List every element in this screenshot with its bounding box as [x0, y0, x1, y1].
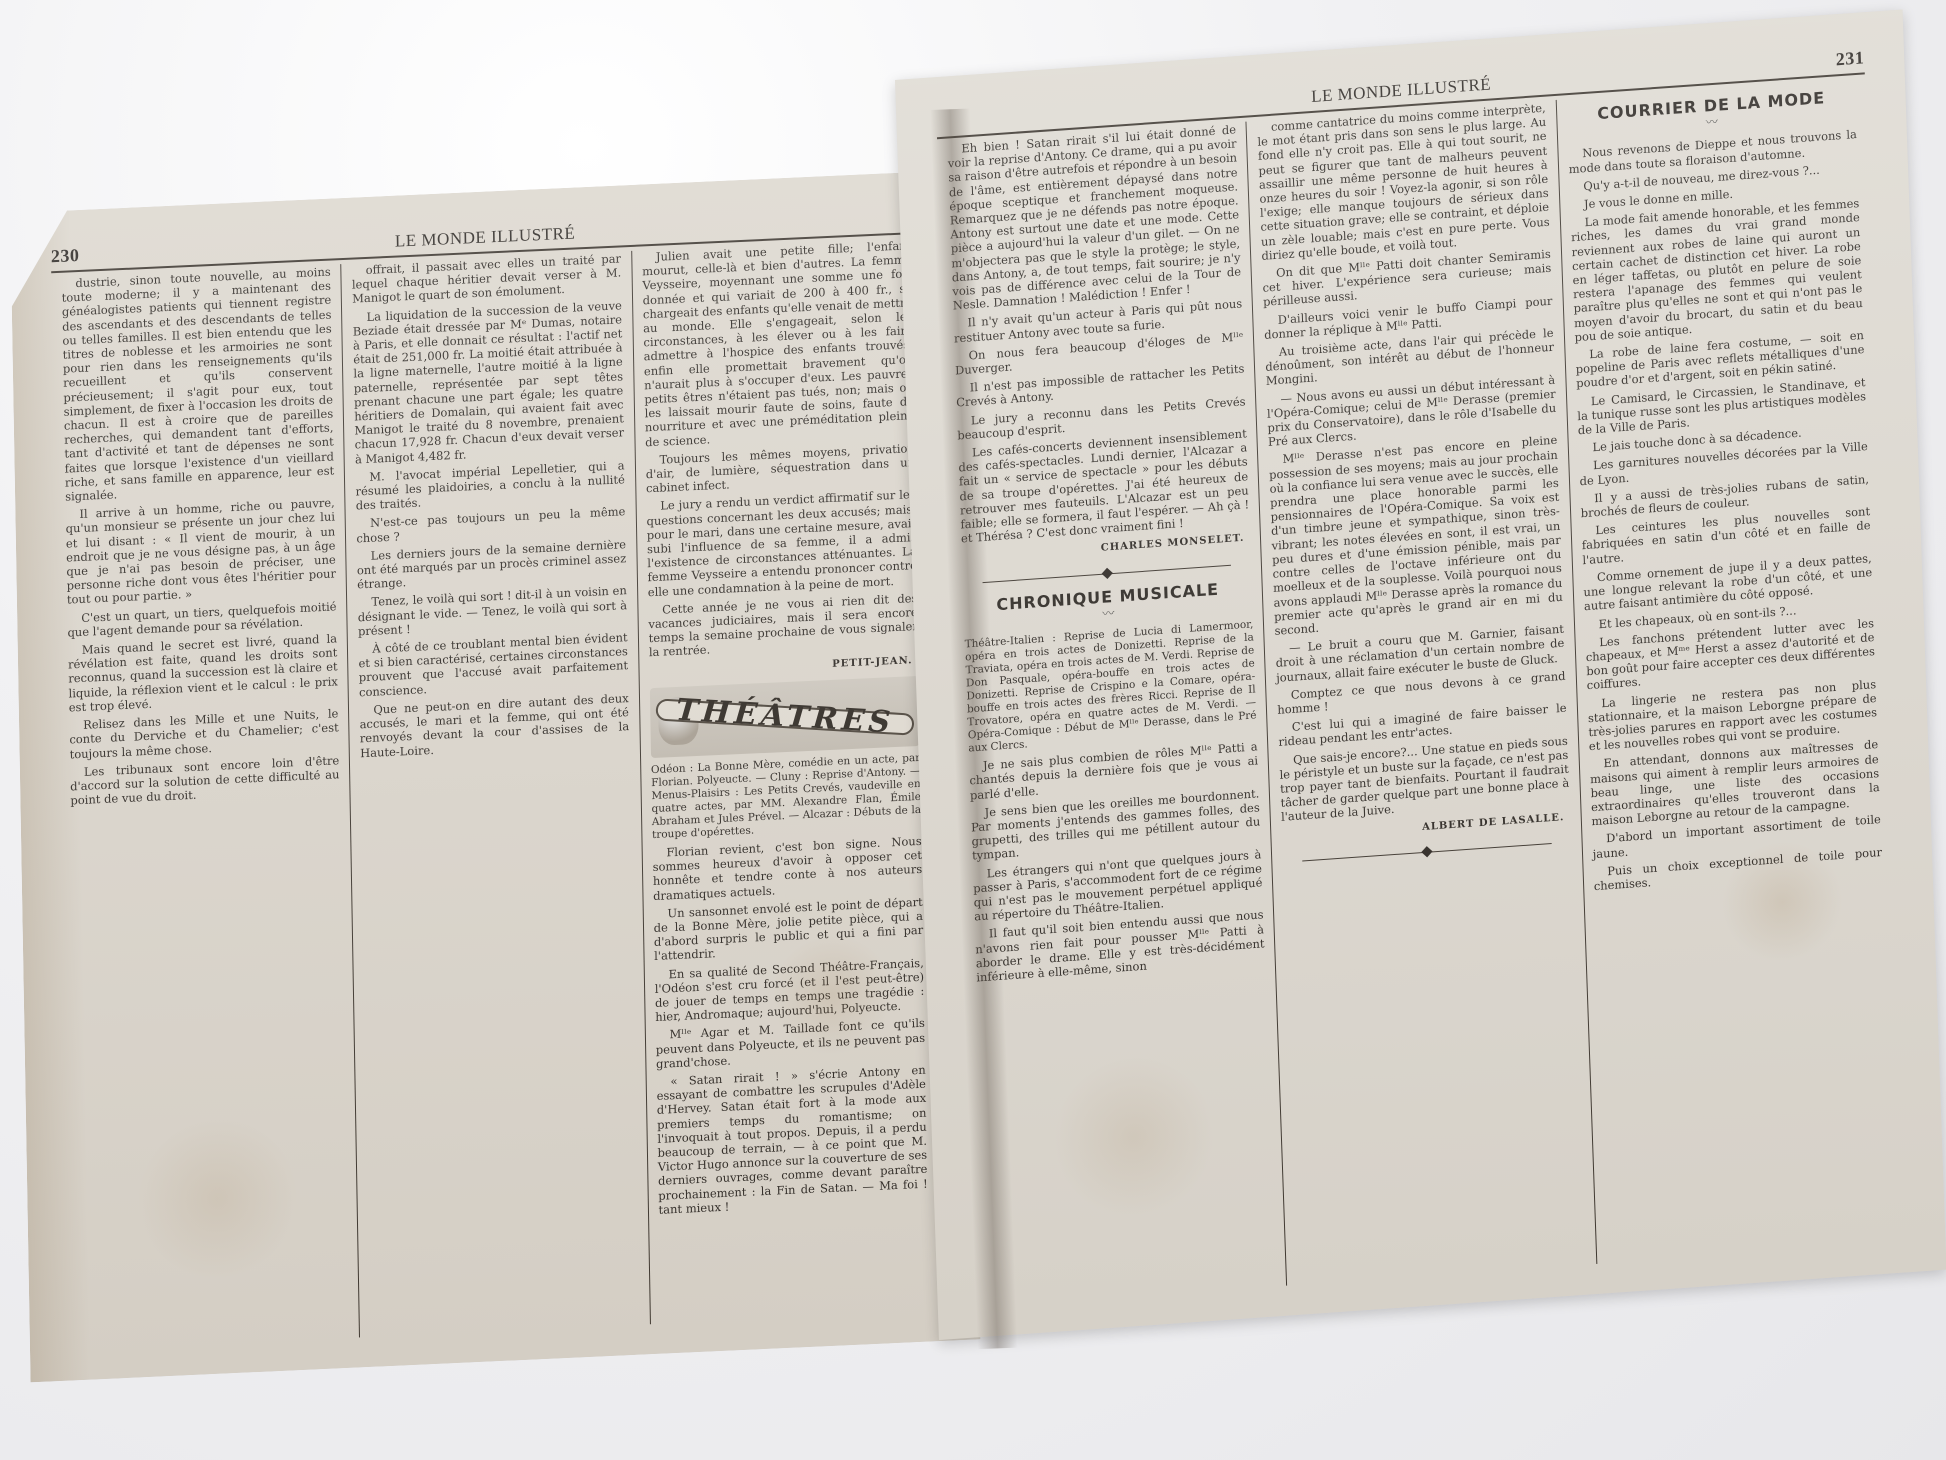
paragraph: offrait, il passait avec elles un traité… [352, 251, 622, 306]
newspaper-page-right: LE MONDE ILLUSTRÉ 231 Eh bien ! Satan ri… [895, 10, 1946, 1340]
paragraph: Julien avait une petite fille; l'enfant … [642, 238, 915, 449]
column-2: offrait, il passait avec elles un traité… [342, 251, 651, 1337]
music-listing: Théâtre-Italien : Reprise de Lucia di La… [965, 618, 1258, 755]
column-3: Julien avait une petite fille; l'enfant … [632, 238, 940, 1324]
paragraph: Cette année je ne vous ai rien dit des v… [648, 591, 918, 660]
paragraph: Eh bien ! Satan rirait s'il lui était do… [947, 122, 1242, 313]
paragraph: Les tribunaux sont encore loin d'être d'… [70, 753, 340, 808]
paragraph: Mais quand le secret est livré, quand la… [68, 631, 339, 714]
column-2: comme cantatrice du moins comme interprè… [1247, 100, 1597, 1286]
page-number: 230 [51, 245, 80, 267]
theatres-banner-illustration: THÉÂTRES [649, 676, 920, 758]
paragraph: Que sais-je encore?... Une statue en pie… [1279, 733, 1570, 824]
paragraph: En sa qualité de Second Théâtre-Français… [654, 955, 924, 1024]
page-number: 231 [1835, 47, 1864, 70]
column-1: dustrie, sinon toute nouvelle, au moins … [51, 264, 360, 1350]
paragraph: « Satan rirait ! » s'écrie Antony en ess… [656, 1063, 928, 1217]
paragraph: comme cantatrice du moins comme interprè… [1257, 101, 1551, 263]
paragraph: Tenez, le voilà qui sort ! dit-il à un v… [357, 584, 627, 639]
paragraph: À côté de ce troublant mental bien évide… [358, 630, 628, 699]
paragraph: Il arrive à un homme, riche ou pauvre, q… [65, 496, 336, 608]
columns-left: dustrie, sinon toute nouvelle, au moins … [51, 238, 940, 1351]
paragraph: Mˡˡᵉ Derasse n'est pas encore en pleine … [1268, 433, 1563, 638]
paragraph: M. l'avocat impérial Lepelletier, qui a … [355, 458, 625, 513]
paragraph: Que ne peut-on en dire autant des deux a… [359, 691, 629, 760]
paragraph: Les derniers jours de la semaine dernièr… [357, 537, 627, 592]
paragraph: Le jury a rendu un verdict affirmatif su… [646, 488, 917, 600]
paragraph: dustrie, sinon toute nouvelle, au moins … [61, 265, 334, 504]
paragraph: Les cafés-concerts deviennent insensible… [958, 426, 1250, 546]
paragraph: Un sansonnet envolé est le point de dépa… [653, 895, 923, 964]
columns-right: Eh bien ! Satan rirait s'il lui était do… [937, 78, 1905, 1307]
paragraph: Relisez dans les Mille et une Nuits, le … [69, 706, 339, 761]
paragraph: La mode fait amende honorable, et les fe… [1570, 196, 1863, 344]
paragraph: Mˡˡᵉ Agar et M. Taillade font ce qu'ils … [655, 1016, 925, 1071]
paragraph: Florian revient, c'est bon signe. Nous s… [652, 834, 922, 903]
paragraph: La liquidation de la succession de la ve… [352, 298, 624, 466]
column-3: COURRIER DE LA MODE 〰 Nous revenons de D… [1556, 78, 1905, 1264]
theatre-listing: Odéon : La Bonne Mère, comédie en un act… [651, 752, 922, 842]
newspaper-page-left: 230 LE MONDE ILLUSTRÉ dustrie, sinon tou… [10, 170, 980, 1382]
paragraph: Toujours les mêmes moyens, privation d'a… [645, 441, 915, 496]
